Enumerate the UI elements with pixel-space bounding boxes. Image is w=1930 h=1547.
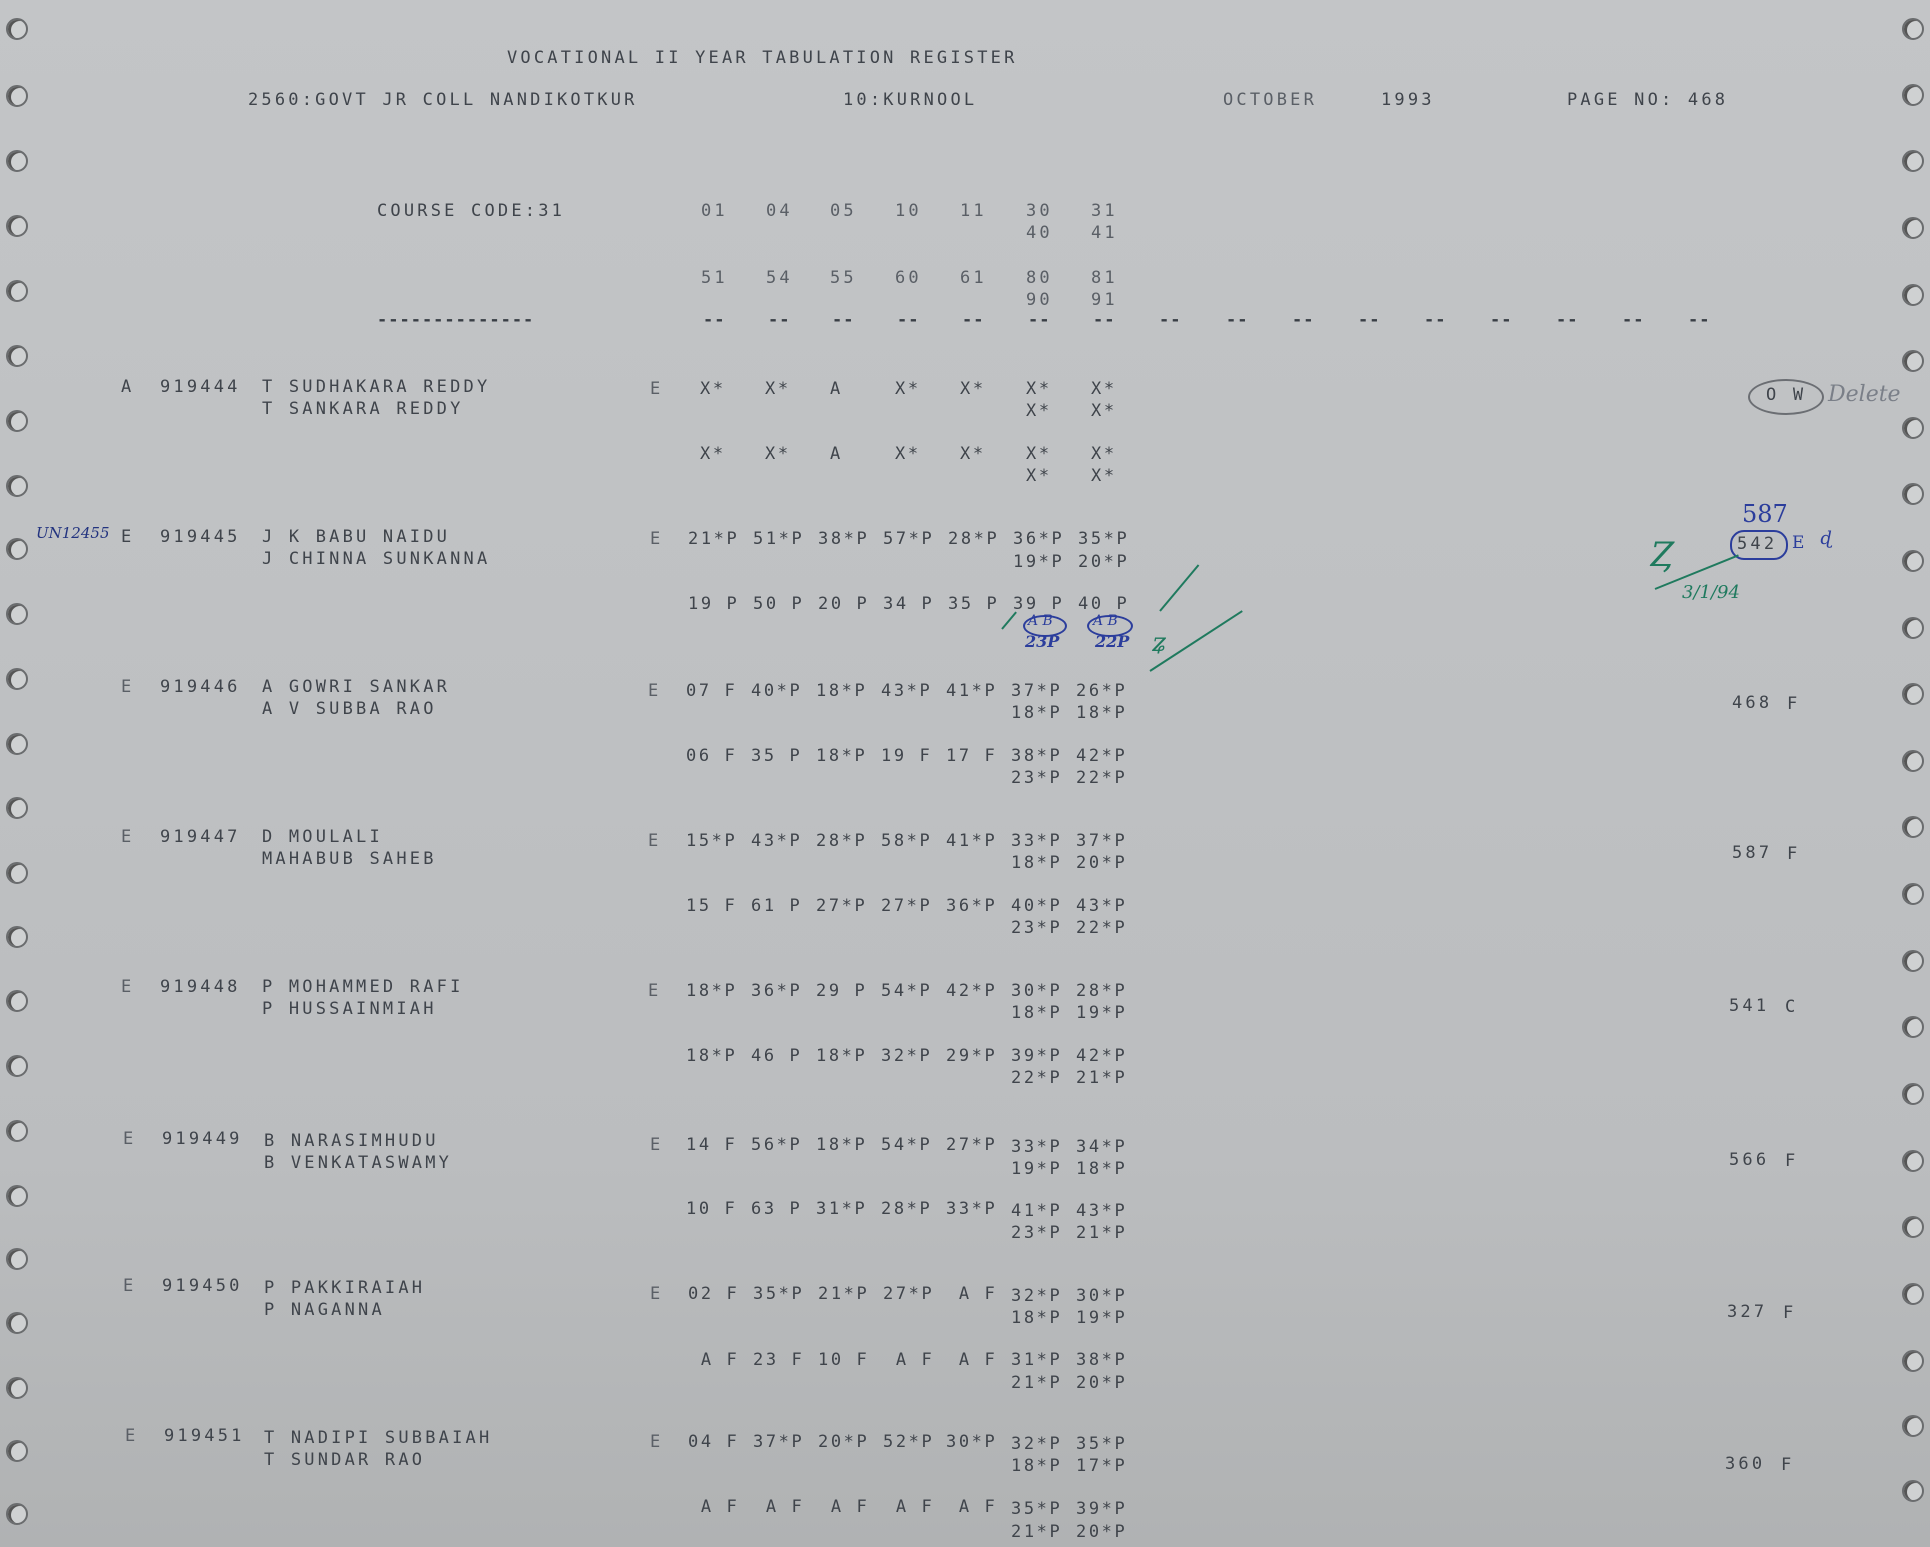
roll-number: 919446 <box>160 677 241 697</box>
mark-cell: 46 P <box>751 1046 802 1066</box>
mark-cell: 38*P <box>1076 1350 1127 1370</box>
feed-hole-icon <box>1902 1150 1924 1172</box>
feed-hole-icon <box>6 1185 28 1207</box>
student-category: E <box>125 1426 138 1446</box>
mark-cell: 27*P <box>883 1284 934 1304</box>
mark-cell: 56*P <box>751 1135 802 1155</box>
correction-code: A B <box>1093 613 1118 629</box>
feed-hole-icon <box>6 668 28 690</box>
mark-cell: 40*P <box>751 681 802 701</box>
mark-cell: 35*P <box>1011 1499 1062 1519</box>
feed-hole-icon <box>1902 816 1924 838</box>
feed-hole-icon <box>1902 1016 1924 1038</box>
mark-cell: 21*P <box>1011 1373 1062 1393</box>
mark-cell: 18*P <box>816 1046 867 1066</box>
subject-code: 61 <box>960 268 987 288</box>
subject-code: 55 <box>830 268 857 288</box>
mark-cell: 41*P <box>946 831 997 851</box>
mark-cell: 40 P <box>1078 594 1129 614</box>
mark-cell: 43*P <box>751 831 802 851</box>
mark-cell: 21*P <box>1076 1223 1127 1243</box>
father-name: P HUSSAINMIAH <box>262 999 437 1019</box>
exam-year: 1993 <box>1381 90 1435 110</box>
subject-code: 80 <box>1026 268 1053 288</box>
mark-cell: 20*P <box>1076 1373 1127 1393</box>
feed-hole-icon <box>1902 950 1924 972</box>
mark-cell: A F <box>688 1350 739 1370</box>
subject-code: 60 <box>895 268 922 288</box>
mark-cell: 36*P <box>751 981 802 1001</box>
feed-hole-icon <box>1902 550 1924 572</box>
tabulation-register-sheet: VOCATIONAL II YEAR TABULATION REGISTER 2… <box>0 0 1930 1547</box>
mark-cell: X* <box>895 444 921 464</box>
mark-cell: 27*P <box>881 896 932 916</box>
student-category: E <box>123 1276 136 1296</box>
mark-cell: 32*P <box>1011 1434 1062 1454</box>
mark-cell: 34*P <box>1076 1137 1127 1157</box>
mark-cell: 38*P <box>818 529 869 549</box>
separator: -- <box>1490 310 1512 330</box>
mark-cell: 42*P <box>946 981 997 1001</box>
feed-hole-icon <box>6 862 28 884</box>
mark-cell: 35*P <box>1078 529 1129 549</box>
separator: -- <box>768 310 790 330</box>
student-category: E <box>121 677 134 697</box>
feed-hole-icon <box>6 475 28 497</box>
mark-cell: X* <box>1026 379 1052 399</box>
total-marks: 566 <box>1729 1150 1769 1170</box>
mark-cell: 54*P <box>881 1135 932 1155</box>
feed-hole-icon <box>1902 417 1924 439</box>
mark-cell: 04 F <box>688 1432 739 1452</box>
mark-cell: 28*P <box>948 529 999 549</box>
mark-cell: A <box>830 444 843 464</box>
tick-stroke <box>1001 612 1017 630</box>
feed-hole-icon <box>6 603 28 625</box>
mark-cell: X* <box>1026 444 1052 464</box>
roll-number: 919450 <box>162 1276 243 1296</box>
mark-cell: 39*P <box>1076 1499 1127 1519</box>
separator: -- <box>1424 310 1446 330</box>
mark-cell: 15*P <box>686 831 737 851</box>
feed-hole-icon <box>1902 683 1924 705</box>
mark-cell: 51*P <box>753 529 804 549</box>
feed-hole-icon <box>6 1377 28 1399</box>
student-name: P PAKKIRAIAH <box>264 1278 425 1298</box>
feed-hole-icon <box>1902 284 1924 306</box>
subject-code: 90 <box>1026 290 1053 310</box>
feed-hole-icon <box>1902 1350 1924 1372</box>
mark-cell: A F <box>753 1497 804 1517</box>
feed-hole-icon <box>6 1120 28 1142</box>
mark-cell: 22*P <box>1076 918 1127 938</box>
initials-icon: ɖ <box>1820 528 1832 549</box>
mark-cell: X* <box>960 379 986 399</box>
mark-cell: 36*P <box>946 896 997 916</box>
mark-cell: 33*P <box>1011 1137 1062 1157</box>
mark-cell: 18*P <box>1011 1003 1062 1023</box>
mark-cell: X* <box>1091 379 1117 399</box>
feed-hole-icon <box>1902 84 1924 106</box>
mark-cell: 18*P <box>816 1135 867 1155</box>
feed-hole-icon <box>6 18 28 40</box>
separator: -- <box>962 310 984 330</box>
subject-code: 10 <box>895 201 922 221</box>
mark-cell: 19*P <box>1076 1003 1127 1023</box>
mark-cell: 27*P <box>816 896 867 916</box>
result-status: C <box>1785 997 1798 1017</box>
feed-hole-icon <box>6 1055 28 1077</box>
student-category: A <box>121 377 134 397</box>
student-category: E <box>121 827 134 847</box>
father-name: MAHABUB SAHEB <box>262 849 437 869</box>
old-total: 542 <box>1737 534 1777 554</box>
feed-hole-icon <box>1902 150 1924 172</box>
mark-cell: A F <box>883 1497 934 1517</box>
mark-cell: 18*P <box>1076 1159 1127 1179</box>
mark-cell: 34 P <box>883 594 934 614</box>
mark-cell: 20*P <box>1076 853 1127 873</box>
separator: -- <box>832 310 854 330</box>
mark-cell: 20*P <box>1078 552 1129 572</box>
mark-cell: A F <box>946 1350 997 1370</box>
mark-cell: 23*P <box>1011 1223 1062 1243</box>
mark-cell: 54*P <box>881 981 932 1001</box>
student-category: E <box>121 527 134 547</box>
mark-cell: 27*P <box>946 1135 997 1155</box>
result-status: F <box>1781 1455 1794 1475</box>
mark-cell: 06 F <box>686 746 737 766</box>
course-underline: -------------- <box>377 310 534 330</box>
feed-hole-icon <box>6 733 28 755</box>
father-name: J CHINNA SUNKANNA <box>262 549 490 569</box>
right-feed-holes <box>1890 0 1930 1547</box>
exam-flag: E <box>648 831 661 851</box>
correction-code: A B <box>1028 613 1053 629</box>
mark-cell: 37*P <box>753 1432 804 1452</box>
course-code-label: COURSE CODE:31 <box>377 201 565 221</box>
mark-cell: 39*P <box>1011 1046 1062 1066</box>
mark-cell: 42*P <box>1076 1046 1127 1066</box>
mark-cell: 18*P <box>1011 1456 1062 1476</box>
result-status: F <box>1785 1151 1798 1171</box>
subject-code: 81 <box>1091 268 1118 288</box>
father-name: P NAGANNA <box>264 1300 385 1320</box>
student-name: A GOWRI SANKAR <box>262 677 450 697</box>
roll-number: 919449 <box>162 1129 243 1149</box>
mark-cell: 19*P <box>1011 1159 1062 1179</box>
mark-cell: 31*P <box>1011 1350 1062 1370</box>
father-name: T SANKARA REDDY <box>262 399 464 419</box>
separator: -- <box>1556 310 1578 330</box>
subject-code: 30 <box>1026 201 1053 221</box>
student-name: J K BABU NAIDU <box>262 527 450 547</box>
exam-flag: E <box>648 981 661 1001</box>
student-name: T SUDHAKARA REDDY <box>262 377 490 397</box>
total-marks: 541 <box>1729 996 1769 1016</box>
exam-flag: E <box>650 1432 663 1452</box>
mark-cell: 20*P <box>818 1432 869 1452</box>
feed-hole-icon <box>1902 1216 1924 1238</box>
mark-cell: 19 P <box>688 594 739 614</box>
mark-cell: 29 P <box>816 981 867 1001</box>
separator: -- <box>897 310 919 330</box>
mark-cell: 18*P <box>1011 1308 1062 1328</box>
separator: -- <box>1159 310 1181 330</box>
feed-hole-icon <box>6 410 28 432</box>
mark-cell: 30*P <box>1011 981 1062 1001</box>
mark-cell: 21*P <box>688 529 739 549</box>
separator: -- <box>1622 310 1644 330</box>
exam-flag: E <box>650 529 663 549</box>
new-total: 587 <box>1742 500 1788 528</box>
feed-hole-icon <box>6 280 28 302</box>
mark-cell: X* <box>1091 444 1117 464</box>
mark-cell: 43*P <box>881 681 932 701</box>
feed-hole-icon <box>6 1312 28 1334</box>
exam-flag: E <box>650 1284 663 1304</box>
mark-cell: 23*P <box>1011 918 1062 938</box>
mark-cell: 37*P <box>1011 681 1062 701</box>
total-marks: 587 <box>1732 843 1772 863</box>
total-marks: 327 <box>1727 1302 1767 1322</box>
mark-cell: A F <box>883 1350 934 1370</box>
mark-cell: 17*P <box>1076 1456 1127 1476</box>
feed-hole-icon <box>1902 18 1924 40</box>
roll-number: 919444 <box>160 377 241 397</box>
father-name: T SUNDAR RAO <box>264 1450 425 1470</box>
mark-cell: 15 F <box>686 896 737 916</box>
mark-cell: 18*P <box>816 746 867 766</box>
student-name: B NARASIMHUDU <box>264 1131 439 1151</box>
signature-icon: Ȥ <box>1650 535 1674 575</box>
feed-hole-icon <box>6 345 28 367</box>
mark-cell: 20 P <box>818 594 869 614</box>
mark-cell: 61 P <box>751 896 802 916</box>
mark-cell: A F <box>688 1497 739 1517</box>
college-name: 2560:GOVT JR COLL NANDIKOTKUR <box>248 90 638 110</box>
subject-code: 91 <box>1091 290 1118 310</box>
roll-number: 919447 <box>160 827 241 847</box>
mark-cell: 21*P <box>1011 1522 1062 1542</box>
subject-code: 41 <box>1091 223 1118 243</box>
mark-cell: X* <box>1091 401 1117 421</box>
mark-cell: X* <box>895 379 921 399</box>
corrected-mark: 22P <box>1095 632 1129 651</box>
mark-cell: 22*P <box>1011 1068 1062 1088</box>
separator: -- <box>1358 310 1380 330</box>
mark-cell: 23*P <box>1011 768 1062 788</box>
feed-hole-icon <box>1902 1283 1924 1305</box>
feed-hole-icon <box>1902 1480 1924 1502</box>
exam-flag: E <box>648 681 661 701</box>
subject-code: 31 <box>1091 201 1118 221</box>
student-name: P MOHAMMED RAFI <box>262 977 464 997</box>
page-number: PAGE NO: 468 <box>1567 90 1728 110</box>
father-name: B VENKATASWAMY <box>264 1153 452 1173</box>
mark-cell: X* <box>960 444 986 464</box>
register-title: VOCATIONAL II YEAR TABULATION REGISTER <box>507 48 1018 68</box>
mark-cell: 26*P <box>1076 681 1127 701</box>
feed-hole-icon <box>1902 217 1924 239</box>
feed-hole-icon <box>1902 883 1924 905</box>
roll-number: 919445 <box>160 527 241 547</box>
mark-cell: 19*P <box>1076 1308 1127 1328</box>
mark-cell: 50 P <box>753 594 804 614</box>
subject-code: 40 <box>1026 223 1053 243</box>
result-mark: E <box>1792 533 1804 553</box>
mark-cell: 28*P <box>816 831 867 851</box>
mark-cell: 43*P <box>1076 1201 1127 1221</box>
feed-hole-icon <box>6 1248 28 1270</box>
delete-note: Delete <box>1828 382 1901 407</box>
withdrawn-code: O W <box>1766 385 1806 405</box>
mark-cell: 58*P <box>881 831 932 851</box>
mark-cell: 30*P <box>946 1432 997 1452</box>
mark-cell: 21*P <box>1076 1068 1127 1088</box>
feed-hole-icon <box>6 215 28 237</box>
feed-hole-icon <box>1902 1083 1924 1105</box>
feed-hole-icon <box>6 150 28 172</box>
mark-cell: 18*P <box>1011 853 1062 873</box>
mark-cell: 30*P <box>1076 1286 1127 1306</box>
subject-code: 01 <box>701 201 728 221</box>
corrected-mark: 23P <box>1025 632 1059 651</box>
feed-hole-icon <box>1902 1415 1924 1437</box>
separator: -- <box>1093 310 1115 330</box>
district-name: 10:KURNOOL <box>843 90 977 110</box>
mark-cell: A F <box>818 1497 869 1517</box>
mark-cell: 35*P <box>1076 1434 1127 1454</box>
left-feed-holes <box>0 0 40 1547</box>
separator: -- <box>703 310 725 330</box>
mark-cell: 14 F <box>686 1135 737 1155</box>
separator: -- <box>1688 310 1710 330</box>
student-name: T NADIPI SUBBAIAH <box>264 1428 492 1448</box>
mark-cell: 18*P <box>816 681 867 701</box>
mark-cell: 18*P <box>1011 703 1062 723</box>
feed-hole-icon <box>6 1503 28 1525</box>
mark-cell: 41*P <box>1011 1201 1062 1221</box>
mark-cell: X* <box>700 379 726 399</box>
feed-hole-icon <box>6 85 28 107</box>
father-name: A V SUBBA RAO <box>262 699 437 719</box>
student-category: E <box>123 1129 136 1149</box>
mark-cell: 19*P <box>1013 552 1064 572</box>
feed-hole-icon <box>6 926 28 948</box>
mark-cell: 20*P <box>1076 1522 1127 1542</box>
mark-cell: 41*P <box>946 681 997 701</box>
mark-cell: 17 F <box>946 746 997 766</box>
mark-cell: X* <box>765 444 791 464</box>
mark-cell: X* <box>765 379 791 399</box>
mark-cell: 23 F <box>753 1350 804 1370</box>
signature-icon: ʑ <box>1152 628 1167 658</box>
mark-cell: 35 P <box>948 594 999 614</box>
mark-cell: 63 P <box>751 1199 802 1219</box>
feed-hole-icon <box>6 538 28 560</box>
exam-month: OCTOBER <box>1223 90 1317 110</box>
mark-cell: 19 F <box>881 746 932 766</box>
separator: -- <box>1292 310 1314 330</box>
subject-code: 11 <box>960 201 987 221</box>
roll-number: 919448 <box>160 977 241 997</box>
mark-cell: 57*P <box>883 529 934 549</box>
exam-flag: E <box>650 1135 663 1155</box>
subject-code: 04 <box>766 201 793 221</box>
mark-cell: 18*P <box>1076 703 1127 723</box>
subject-code: 51 <box>701 268 728 288</box>
mark-cell: X* <box>1026 401 1052 421</box>
mark-cell: 42*P <box>1076 746 1127 766</box>
mark-cell: X* <box>1091 466 1117 486</box>
mark-cell: X* <box>700 444 726 464</box>
mark-cell: 33*P <box>946 1199 997 1219</box>
feed-hole-icon <box>1902 350 1924 372</box>
mark-cell: 43*P <box>1076 896 1127 916</box>
mark-cell: 10 F <box>818 1350 869 1370</box>
mark-cell: 37*P <box>1076 831 1127 851</box>
mark-cell: 07 F <box>686 681 737 701</box>
tick-stroke <box>1159 564 1199 611</box>
total-marks: 360 <box>1725 1454 1765 1474</box>
feed-hole-icon <box>1902 750 1924 772</box>
mark-cell: 22*P <box>1076 768 1127 788</box>
mark-cell: 18*P <box>686 1046 737 1066</box>
student-category: E <box>121 977 134 997</box>
mark-cell: 18*P <box>686 981 737 1001</box>
feed-hole-icon <box>6 990 28 1012</box>
subject-code: 05 <box>830 201 857 221</box>
exam-flag: E <box>650 379 663 399</box>
mark-cell: 02 F <box>688 1284 739 1304</box>
student-name: D MOULALI <box>262 827 383 847</box>
mark-cell: A <box>830 379 843 399</box>
result-status: F <box>1787 844 1800 864</box>
roll-number: 919451 <box>164 1426 245 1446</box>
mark-cell: 33*P <box>1011 831 1062 851</box>
separator: -- <box>1226 310 1248 330</box>
mark-cell: 29*P <box>946 1046 997 1066</box>
signed-date: 3/1/94 <box>1682 582 1740 603</box>
mark-cell: 40*P <box>1011 896 1062 916</box>
mark-cell: X* <box>1026 466 1052 486</box>
mark-cell: 10 F <box>686 1199 737 1219</box>
mark-cell: 39 P <box>1013 594 1064 614</box>
result-status: F <box>1787 694 1800 714</box>
separator: -- <box>1028 310 1050 330</box>
feed-hole-icon <box>6 1440 28 1462</box>
mark-cell: 28*P <box>1076 981 1127 1001</box>
mark-cell: 52*P <box>883 1432 934 1452</box>
mark-cell: 21*P <box>818 1284 869 1304</box>
feed-hole-icon <box>1902 483 1924 505</box>
mark-cell: A F <box>946 1284 997 1304</box>
mark-cell: 38*P <box>1011 746 1062 766</box>
mark-cell: 35*P <box>753 1284 804 1304</box>
result-status: F <box>1783 1303 1796 1323</box>
mark-cell: 35 P <box>751 746 802 766</box>
mark-cell: 36*P <box>1013 529 1064 549</box>
feed-hole-icon <box>1902 617 1924 639</box>
total-marks: 468 <box>1732 693 1772 713</box>
mark-cell: 28*P <box>881 1199 932 1219</box>
mark-cell: A F <box>946 1497 997 1517</box>
mark-cell: 31*P <box>816 1199 867 1219</box>
mark-cell: 32*P <box>1011 1286 1062 1306</box>
feed-hole-icon <box>6 797 28 819</box>
margin-note: UN12455 <box>36 524 109 542</box>
